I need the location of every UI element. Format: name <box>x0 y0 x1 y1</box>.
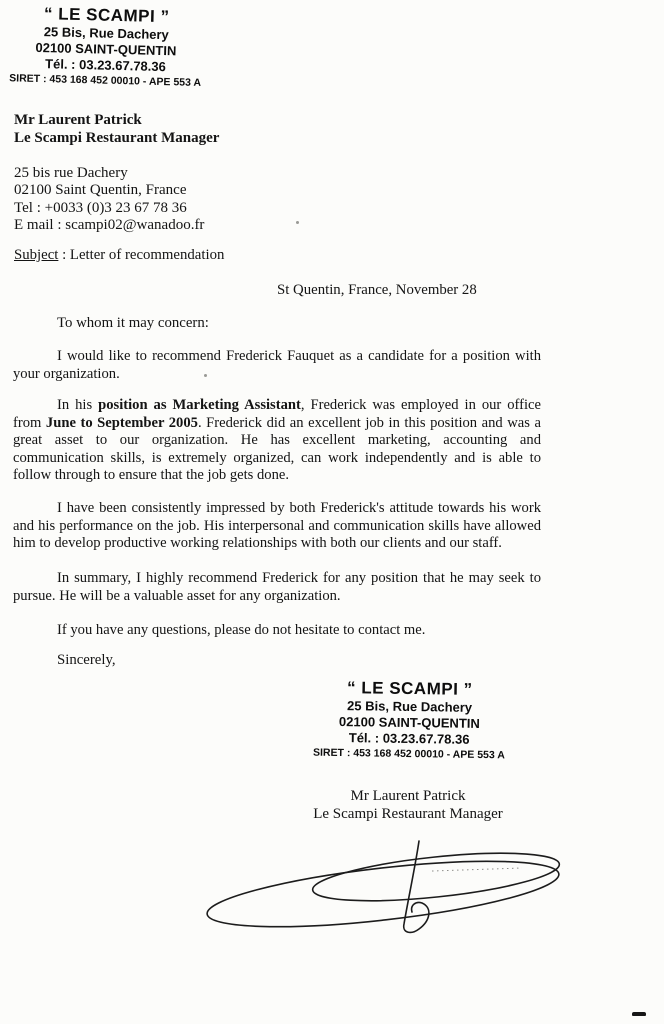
subject-label: Subject <box>14 247 58 263</box>
salutation: To whom it may concern: <box>57 315 209 332</box>
recipient-block: Mr Laurent Patrick Le Scampi Restaurant … <box>14 112 219 235</box>
recipient-street: 25 bis rue Dachery <box>14 165 219 183</box>
scan-artifact <box>632 1012 646 1016</box>
recipient-email: E mail : scampi02@wanadoo.fr <box>14 217 219 235</box>
recipient-phone: Tel : +0033 (0)3 23 67 78 36 <box>14 200 219 218</box>
paragraph-summary: In summary, I highly recommend Frederick… <box>13 570 541 605</box>
paragraph-intro: I would like to recommend Frederick Fauq… <box>13 348 541 383</box>
paragraph-employment: In his position as Marketing Assistant, … <box>13 397 541 485</box>
recipient-name: Mr Laurent Patrick <box>14 112 219 130</box>
recipient-role: Le Scampi Restaurant Manager <box>14 130 219 148</box>
signature-scrawl <box>190 838 570 940</box>
subject-line: Subject : Letter of recommendation <box>14 247 224 264</box>
subject-text: : Letter of recommendation <box>58 247 224 263</box>
p2-seg1: In his <box>57 397 98 413</box>
dateline: St Quentin, France, November 28 <box>277 282 477 299</box>
paragraph-impressed: I have been consistently impressed by bo… <box>13 500 541 553</box>
signatory-block: Mr Laurent Patrick Le Scampi Restaurant … <box>288 787 528 823</box>
closing: Sincerely, <box>57 652 116 669</box>
company-siret: SIRET : 453 168 452 00010 - APE 553 A <box>293 745 525 763</box>
recipient-city: 02100 Saint Quentin, France <box>14 182 219 200</box>
scanned-letter-page: “ LE SCAMPI ” 25 Bis, Rue Dachery 02100 … <box>0 0 664 1024</box>
signatory-name: Mr Laurent Patrick <box>288 787 528 805</box>
letterhead-bottom: “ LE SCAMPI ” 25 Bis, Rue Dachery 02100 … <box>293 677 526 763</box>
signatory-role: Le Scampi Restaurant Manager <box>288 805 528 823</box>
scan-speck <box>204 374 207 377</box>
p2-bold-dates: June to September 2005 <box>46 415 198 431</box>
scan-speck <box>296 221 299 224</box>
paragraph-questions: If you have any questions, please do not… <box>13 622 541 640</box>
letterhead-top: “ LE SCAMPI ” 25 Bis, Rue Dachery 02100 … <box>0 3 216 91</box>
p2-bold-position: position as Marketing Assistant <box>98 397 301 413</box>
blank-line <box>14 147 219 165</box>
